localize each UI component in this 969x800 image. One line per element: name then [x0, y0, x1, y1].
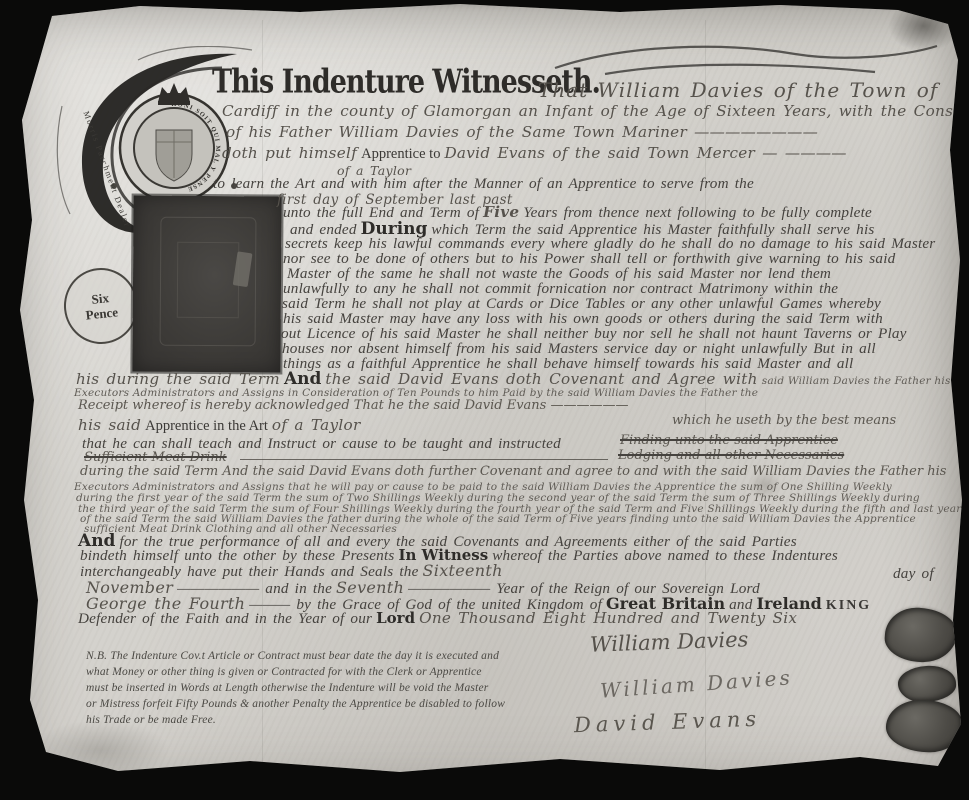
nb-note: N.B. The Indenture Cov.t Article or Cont… — [86, 648, 505, 728]
doc-text: day of — [893, 566, 934, 582]
doc-text-gothic: And — [284, 369, 321, 389]
doc-text-gothic: Lord — [376, 609, 415, 627]
wax-seal-icon — [897, 665, 957, 704]
embossed-duty-stamp — [132, 195, 281, 372]
doc-text: bindeth himself unto the other by these … — [80, 547, 395, 564]
crown-base — [158, 101, 190, 105]
doc-text-small: said William Davies the Father his — [762, 375, 951, 387]
note-line: N.B. The Indenture Cov.t Article or Cont… — [86, 648, 505, 664]
parchment: HONI SOIT QUI MAL Y PENSE Morris Parchme… — [0, 0, 969, 800]
doc-text-printed: Apprentice in the Art — [145, 418, 268, 434]
strike-line — [240, 459, 608, 460]
note-line: or Mistress forfeit Fifty Pounds & anoth… — [86, 696, 505, 712]
wax-seal-icon — [885, 699, 963, 754]
doc-text-filled: Sixteenth — [423, 561, 503, 580]
doc-line: to learn the Art and with him after the … — [213, 176, 754, 192]
note-line: must be inserted in Words at Length othe… — [86, 680, 505, 696]
doc-line: Cardiff in the county of Glamorgan an In… — [222, 104, 969, 120]
doc-text-printed: Apprentice to — [361, 146, 440, 162]
doc-text-filled: Seventh — [336, 578, 404, 597]
stamp-arms-inner — [177, 242, 239, 318]
scanned-indenture-page: HONI SOIT QUI MAL Y PENSE Morris Parchme… — [0, 0, 969, 800]
doc-text-filled: One Thousand Eight Hundred and Twenty Si… — [419, 609, 797, 627]
doc-text: the said David Evans doth Covenant and A… — [325, 370, 757, 388]
note-line: what Money or other thing is given or Co… — [86, 664, 505, 680]
doc-line: Defender of the Faith and in the Year of… — [78, 611, 797, 628]
doc-text: his said — [78, 416, 141, 434]
doc-line: Receipt whereof is hereby acknowledged T… — [78, 399, 628, 413]
doc-text-king: KING — [826, 598, 871, 613]
note-line: his Trade or be made Free. — [86, 712, 505, 728]
doc-text: whereof the Parties above named to these… — [492, 547, 838, 564]
signature: David Evans — [574, 707, 762, 738]
doc-line: doth put himself Apprentice to David Eva… — [222, 146, 847, 163]
heading-script: That William Davies of the Town of — [538, 80, 938, 101]
doc-line: his said Apprentice in the Art of a Tayl… — [78, 418, 361, 435]
doc-line-struck: Finding unto the said Apprentice — [620, 434, 838, 448]
doc-text: of a Taylor — [272, 416, 361, 434]
doc-line: during the said Term And the said David … — [80, 465, 946, 479]
sixpence-stamp: Six Pence — [60, 264, 142, 347]
doc-line: of his Father William Davies of the Same… — [226, 125, 818, 141]
doc-text: Years from thence next following to be f… — [523, 204, 872, 221]
edge-shadow — [30, 720, 170, 780]
doc-text-filled: Five — [483, 203, 519, 221]
doc-text: his during the said Term — [76, 370, 280, 388]
heading-flourish — [545, 42, 945, 78]
doc-line-struck: Lodging and all other Necessaries — [618, 449, 844, 463]
crown-icon — [158, 83, 190, 102]
doc-line-insert: which he useth by the best means — [672, 414, 896, 428]
doc-line-struck: Sufficient Meat Drink — [84, 451, 227, 465]
signature: William Davies — [599, 665, 793, 702]
doc-text: doth put himself — [222, 144, 357, 162]
doc-text: Defender of the Faith and in the Year of… — [78, 610, 372, 627]
sixpence-line2: Pence — [85, 304, 119, 322]
wax-seal-icon — [883, 606, 959, 665]
doc-text: David Evans of the said Town Mercer — ——… — [444, 144, 846, 162]
signature: William Davies — [590, 627, 749, 657]
